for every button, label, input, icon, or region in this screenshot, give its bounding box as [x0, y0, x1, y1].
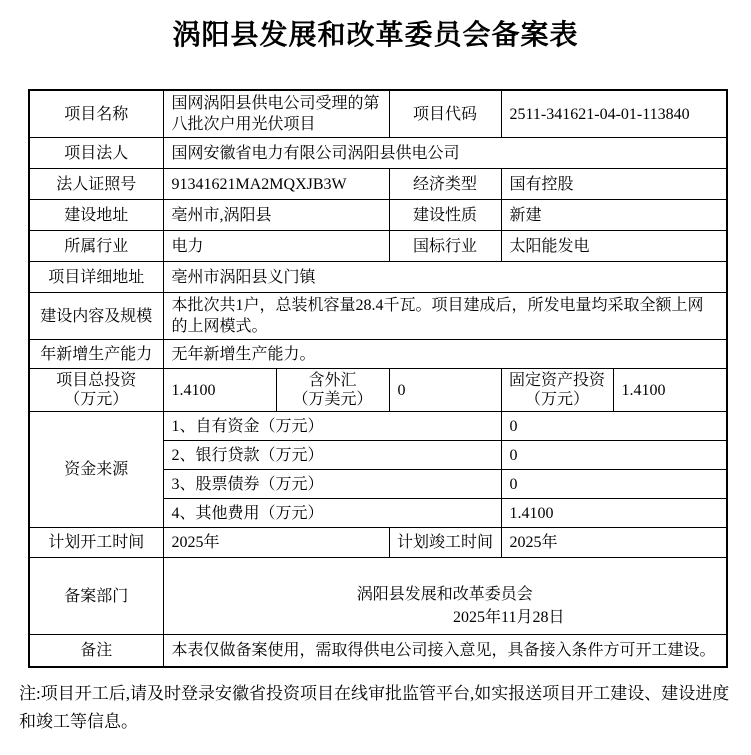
- license-no-value: 91341621MA2MQXJB3W: [163, 169, 389, 200]
- project-name-value: 国网涡阳县供电公司受理的第八批次户用光伏项目: [163, 90, 389, 138]
- start-time-value: 2025年: [163, 528, 389, 558]
- funding-source-item-label: 2、银行贷款（万元）: [163, 441, 501, 470]
- project-code-label: 项目代码: [389, 90, 501, 138]
- finish-time-value: 2025年: [501, 528, 727, 558]
- national-industry-value: 太阳能发电: [501, 231, 727, 262]
- build-address-label: 建设地址: [29, 200, 163, 231]
- finish-time-label: 计划竣工时间: [389, 528, 501, 558]
- build-nature-value: 新建: [501, 200, 727, 231]
- new-capacity-label: 年新增生产能力: [29, 340, 163, 369]
- funding-source-item-value: 0: [501, 441, 727, 470]
- funding-source-item-label: 3、股票债券（万元）: [163, 470, 501, 499]
- project-name-label: 项目名称: [29, 90, 163, 138]
- detail-address-label: 项目详细地址: [29, 262, 163, 293]
- total-investment-label: 项目总投资 （万元）: [29, 369, 163, 412]
- project-code-value: 2511-341621-04-01-113840: [501, 90, 727, 138]
- table-row: 资金来源 1、自有资金（万元） 0: [29, 412, 727, 441]
- table-row: 法人证照号 91341621MA2MQXJB3W 经济类型 国有控股: [29, 169, 727, 200]
- detail-address-value: 亳州市涡阳县义门镇: [163, 262, 727, 293]
- filing-table: 项目名称 国网涡阳县供电公司受理的第八批次户用光伏项目 项目代码 2511-34…: [28, 89, 728, 668]
- page-title: 涡阳县发展和改革委员会备案表: [0, 0, 751, 53]
- table-row: 年新增生产能力 无年新增生产能力。: [29, 340, 727, 369]
- funding-source-item-label: 4、其他费用（万元）: [163, 499, 501, 528]
- new-capacity-value: 无年新增生产能力。: [163, 340, 727, 369]
- license-no-label: 法人证照号: [29, 169, 163, 200]
- filing-dept-cell: 涡阳县发展和改革委员会 2025年11月28日: [163, 558, 727, 635]
- industry-label: 所属行业: [29, 231, 163, 262]
- table-row: 项目总投资 （万元） 1.4100 含外汇 （万美元） 0 固定资产投资 （万元…: [29, 369, 727, 412]
- filing-dept-label: 备案部门: [29, 558, 163, 635]
- remarks-value: 本表仅做备案使用，需取得供电公司接入意见，具备接入条件方可开工建设。: [163, 635, 727, 667]
- funding-source-item-value: 0: [501, 412, 727, 441]
- start-time-label: 计划开工时间: [29, 528, 163, 558]
- filing-authority: 涡阳县发展和改革委员会: [172, 583, 719, 606]
- table-row: 备注 本表仅做备案使用，需取得供电公司接入意见，具备接入条件方可开工建设。: [29, 635, 727, 667]
- funding-source-item-label: 1、自有资金（万元）: [163, 412, 501, 441]
- foreign-currency-value: 0: [389, 369, 501, 412]
- legal-person-label: 项目法人: [29, 138, 163, 169]
- economic-type-value: 国有控股: [501, 169, 727, 200]
- remarks-label: 备注: [29, 635, 163, 667]
- table-row: 所属行业 电力 国标行业 太阳能发电: [29, 231, 727, 262]
- table-row: 建设内容及规模 本批次共1户，总装机容量28.4千瓦。项目建成后，所发电量均采取…: [29, 293, 727, 340]
- fixed-assets-value: 1.4100: [613, 369, 727, 412]
- legal-person-value: 国网安徽省电力有限公司涡阳县供电公司: [163, 138, 727, 169]
- content-scale-label: 建设内容及规模: [29, 293, 163, 340]
- table-row: 建设地址 亳州市,涡阳县 建设性质 新建: [29, 200, 727, 231]
- foreign-currency-label: 含外汇 （万美元）: [276, 369, 389, 412]
- build-address-value: 亳州市,涡阳县: [163, 200, 389, 231]
- table-row: 项目法人 国网安徽省电力有限公司涡阳县供电公司: [29, 138, 727, 169]
- funding-source-item-value: 1.4100: [501, 499, 727, 528]
- filing-date: 2025年11月28日: [236, 606, 728, 629]
- industry-value: 电力: [163, 231, 389, 262]
- table-row: 计划开工时间 2025年 计划竣工时间 2025年: [29, 528, 727, 558]
- table-row: 备案部门 涡阳县发展和改革委员会 2025年11月28日: [29, 558, 727, 635]
- table-row: 项目详细地址 亳州市涡阳县义门镇: [29, 262, 727, 293]
- funding-source-label: 资金来源: [29, 412, 163, 528]
- table-row: 项目名称 国网涡阳县供电公司受理的第八批次户用光伏项目 项目代码 2511-34…: [29, 90, 727, 138]
- funding-source-item-value: 0: [501, 470, 727, 499]
- fixed-assets-label: 固定资产投资 （万元）: [501, 369, 613, 412]
- content-scale-value: 本批次共1户，总装机容量28.4千瓦。项目建成后，所发电量均采取全额上网的上网模…: [163, 293, 727, 340]
- footer-note: 注:项目开工后,请及时登录安徽省投资项目在线审批监管平台,如实报送项目开工建设、…: [19, 680, 741, 736]
- economic-type-label: 经济类型: [389, 169, 501, 200]
- total-investment-value: 1.4100: [163, 369, 276, 412]
- build-nature-label: 建设性质: [389, 200, 501, 231]
- national-industry-label: 国标行业: [389, 231, 501, 262]
